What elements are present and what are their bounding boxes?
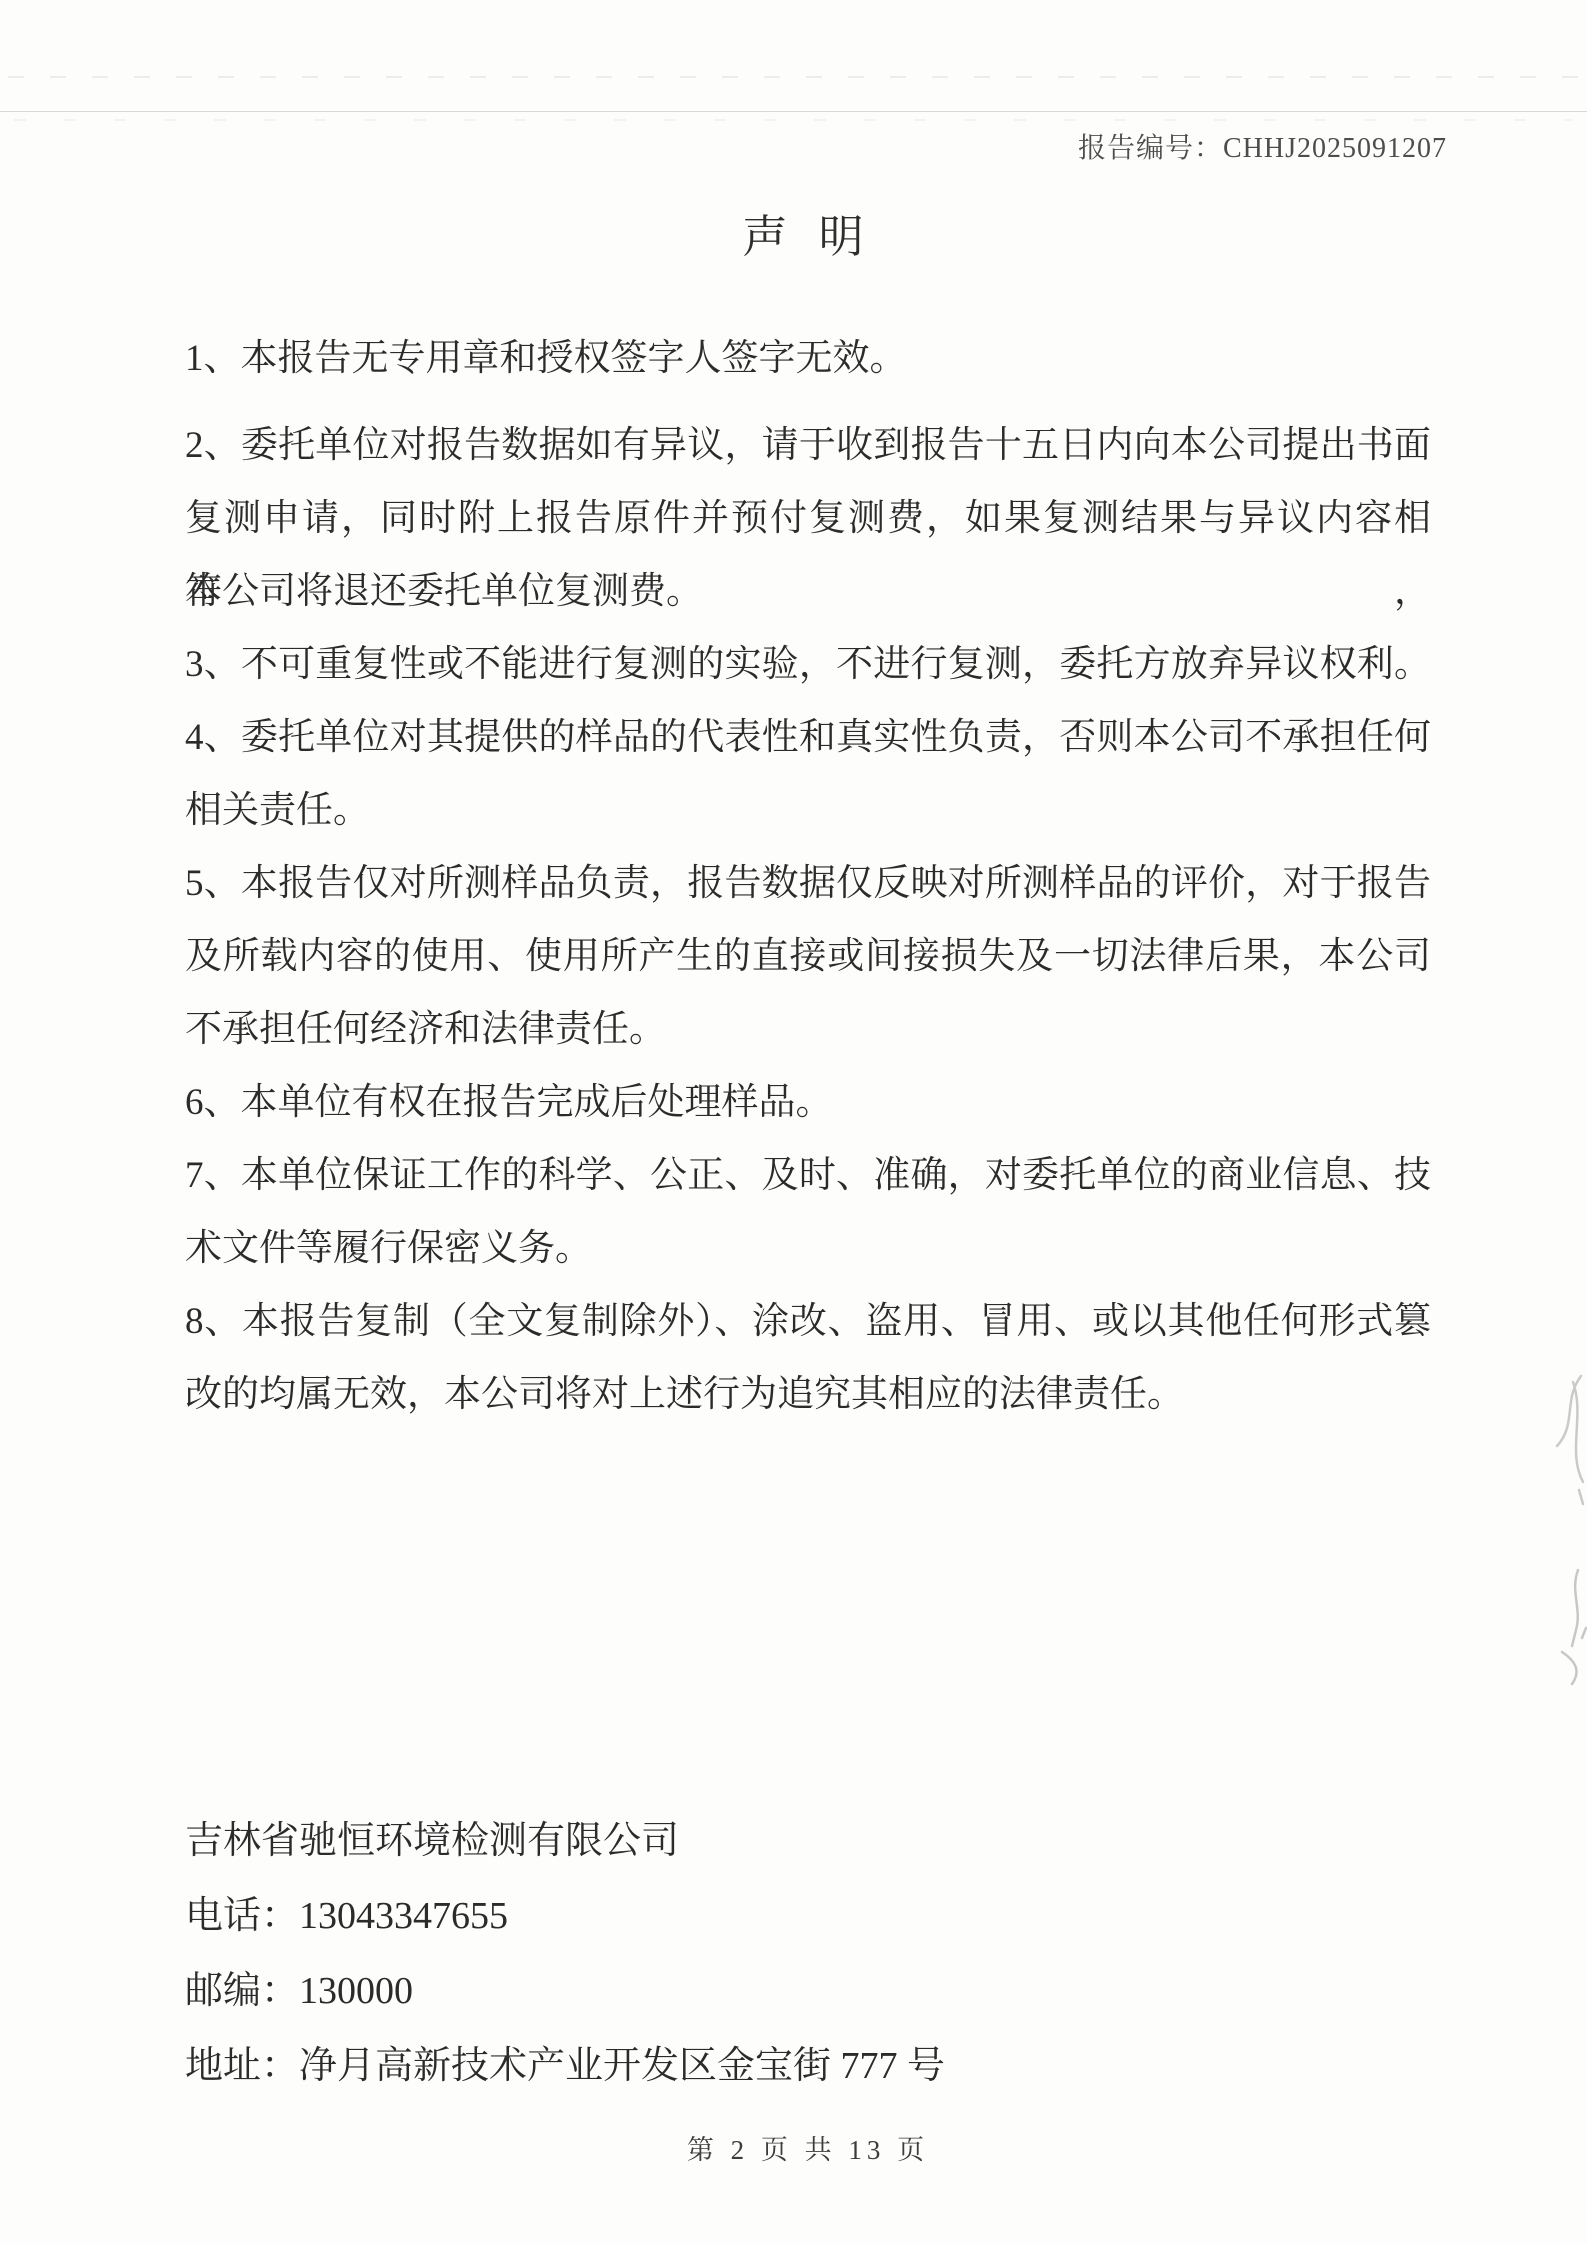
contact-block: 吉林省驰恒环境检测有限公司 电话：13043347655 邮编：130000 地… [185, 1804, 945, 2104]
company-name: 吉林省驰恒环境检测有限公司 [185, 1804, 945, 1879]
scan-fold-line [0, 111, 1587, 112]
postcode-row: 邮编：130000 [185, 1954, 945, 2029]
page-title: 声 明 [185, 200, 1431, 265]
statement-item-2-line: 2、委托单位对报告数据如有异议，请于收到报告十五日内向本公司提出书面 [185, 409, 1431, 482]
statement-item-7-line: 7、本单位保证工作的科学、公正、及时、准确，对委托单位的商业信息、技 [185, 1139, 1431, 1212]
scanned-report-page: 报告编号：CHHJ2025091207 声 明 1、本报告无专用章和授权签字人签… [0, 0, 1587, 2243]
report-number: 报告编号：CHHJ2025091207 [1078, 126, 1447, 166]
statement-item-5-line: 及所载内容的使用、使用所产生的直接或间接损失及一切法律后果，本公司 [185, 920, 1431, 993]
phone-value: 13043347655 [299, 1895, 508, 1937]
statement-item-7-line: 术文件等履行保密义务。 [185, 1212, 1431, 1285]
statement-item-8-line: 改的均属无效，本公司将对上述行为追究其相应的法律责任。 [185, 1358, 1431, 1431]
address-label: 地址： [185, 2045, 299, 2087]
phone-label: 电话： [185, 1895, 299, 1937]
statement-item-1-line: 1、本报告无专用章和授权签字人签字无效。 [185, 322, 1431, 395]
page-indicator: 第 2 页 共 13 页 [185, 2128, 1431, 2167]
address-value: 净月高新技术产业开发区金宝街 777 号 [299, 2045, 945, 2087]
scan-artifact-ink-bleed [1548, 1568, 1587, 1688]
report-number-value: CHHJ2025091207 [1223, 133, 1447, 164]
scan-artifact-ink-bleed [1543, 1372, 1587, 1512]
report-number-label: 报告编号： [1078, 133, 1223, 164]
statement-item-3-line: 3、不可重复性或不能进行复测的实验，不进行复测，委托方放弃异议权利。 [185, 628, 1431, 701]
statement-item-8-line: 8、本报告复制（全文复制除外）、涂改、盗用、冒用、或以其他任何形式篡 [185, 1285, 1431, 1358]
statement-item-4-line: 4、委托单位对其提供的样品的代表性和真实性负责，否则本公司不承担任何 [185, 701, 1431, 774]
address-row: 地址：净月高新技术产业开发区金宝街 777 号 [185, 2029, 945, 2104]
postcode-label: 邮编： [185, 1970, 299, 2012]
scan-noise-band [14, 119, 1573, 121]
scan-noise-band [8, 76, 1579, 78]
postcode-value: 130000 [299, 1970, 413, 2012]
statement-item-6-line: 6、本单位有权在报告完成后处理样品。 [185, 1066, 1431, 1139]
phone-row: 电话：13043347655 [185, 1879, 945, 1954]
statement-item-5-line: 不承担任何经济和法律责任。 [185, 993, 1431, 1066]
statement-body: 1、本报告无专用章和授权签字人签字无效。 2、委托单位对报告数据如有异议，请于收… [185, 322, 1431, 1431]
statement-item-4-line: 相关责任。 [185, 774, 1431, 847]
statement-item-5-line: 5、本报告仅对所测样品负责，报告数据仅反映对所测样品的评价，对于报告 [185, 847, 1431, 920]
statement-item-2-line: 复测申请，同时附上报告原件并预付复测费，如果复测结果与异议内容相符， [185, 482, 1431, 555]
